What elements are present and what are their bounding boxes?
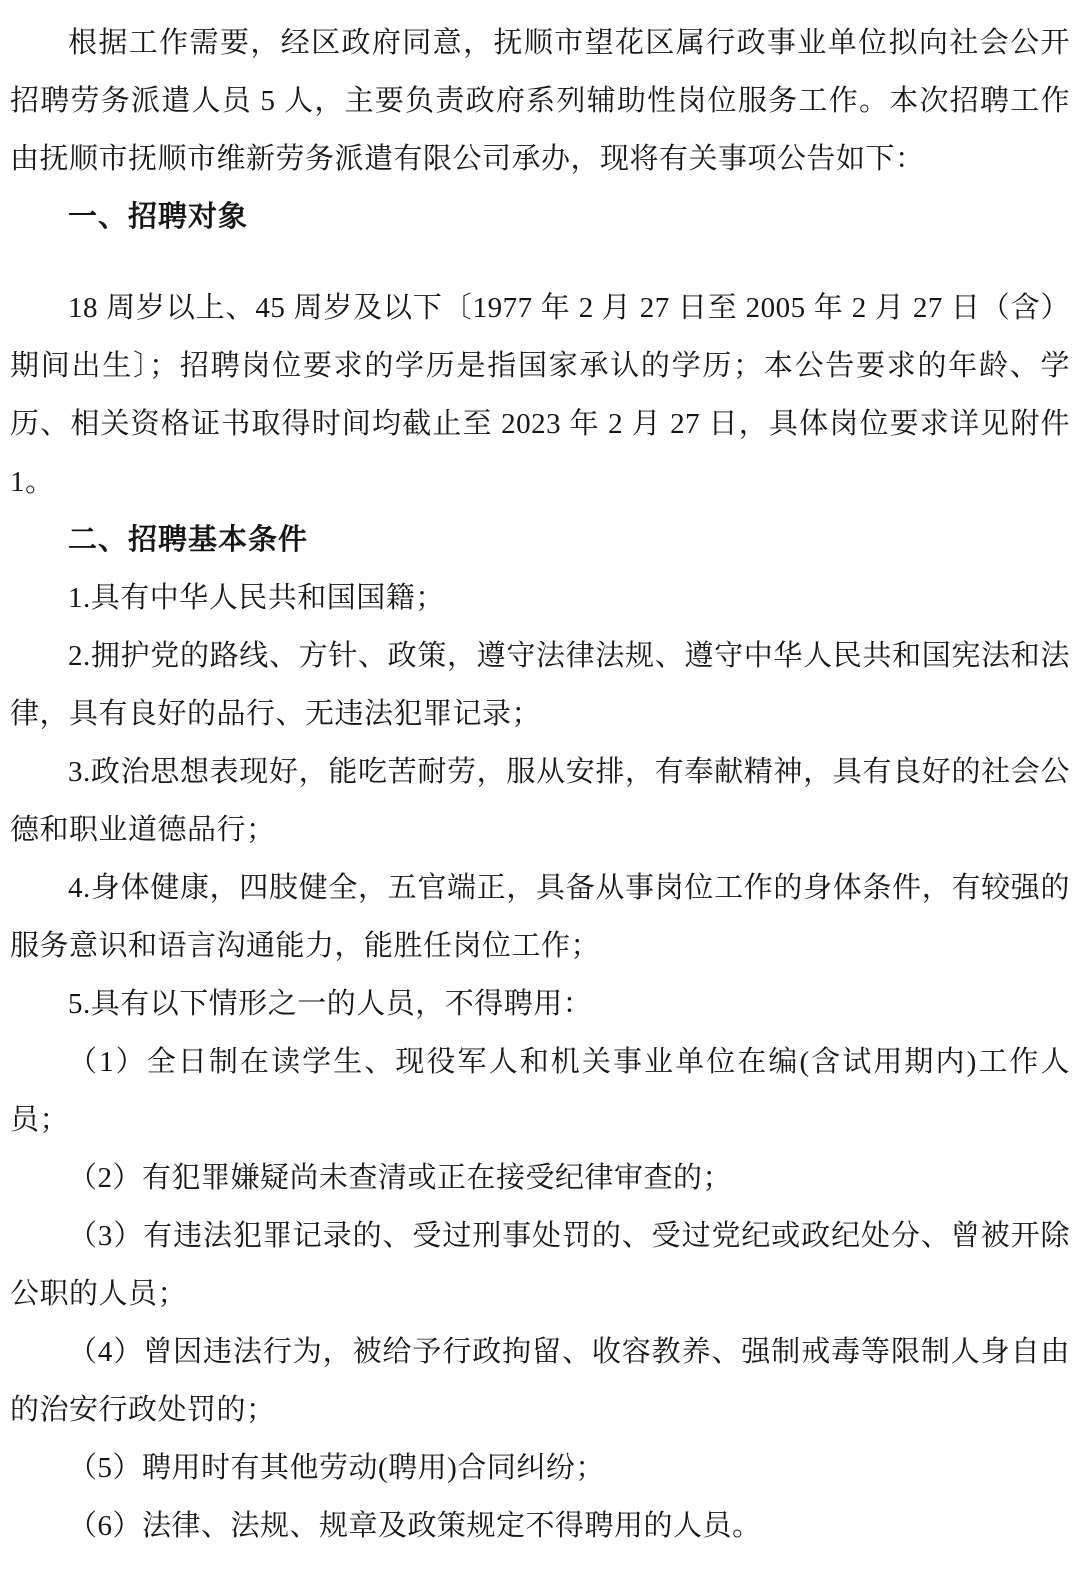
recruitment-target-paragraph: 18 周岁以上、45 周岁及以下〔1977 年 2 月 27 日至 2005 年… (10, 279, 1070, 511)
condition-item-3: 3.政治思想表现好，能吃苦耐劳，服从安排，有奉献精神，具有良好的社会公德和职业道… (10, 743, 1070, 859)
condition-item-1: 1.具有中华人民共和国国籍； (10, 569, 1070, 627)
section-heading-recruitment-target: 一、招聘对象 (10, 188, 1070, 246)
exclusion-item-5: （5）聘用时有其他劳动(聘用)合同纠纷； (10, 1439, 1070, 1497)
exclusion-item-3: （3）有违法犯罪记录的、受过刑事处罚的、受过党纪或政纪处分、曾被开除公职的人员； (10, 1207, 1070, 1323)
intro-paragraph: 根据工作需要，经区政府同意，抚顺市望花区属行政事业单位拟向社会公开招聘劳务派遣人… (10, 14, 1070, 188)
document-page: 根据工作需要，经区政府同意，抚顺市望花区属行政事业单位拟向社会公开招聘劳务派遣人… (0, 0, 1080, 1573)
condition-item-2: 2.拥护党的路线、方针、政策，遵守法律法规、遵守中华人民共和国宪法和法律，具有良… (10, 627, 1070, 743)
exclusion-item-6: （6）法律、法规、规章及政策规定不得聘用的人员。 (10, 1497, 1070, 1555)
exclusion-item-1: （1）全日制在读学生、现役军人和机关事业单位在编(含试用期内)工作人员； (10, 1033, 1070, 1149)
condition-item-5: 5.具有以下情形之一的人员，不得聘用： (10, 975, 1070, 1033)
condition-item-4: 4.身体健康，四肢健全，五官端正，具备从事岗位工作的身体条件，有较强的服务意识和… (10, 859, 1070, 975)
exclusion-item-4: （4）曾因违法行为，被给予行政拘留、收容教养、强制戒毒等限制人身自由的治安行政处… (10, 1323, 1070, 1439)
exclusion-item-2: （2）有犯罪嫌疑尚未查清或正在接受纪律审查的； (10, 1149, 1070, 1207)
section-heading-basic-conditions: 二、招聘基本条件 (10, 511, 1070, 569)
